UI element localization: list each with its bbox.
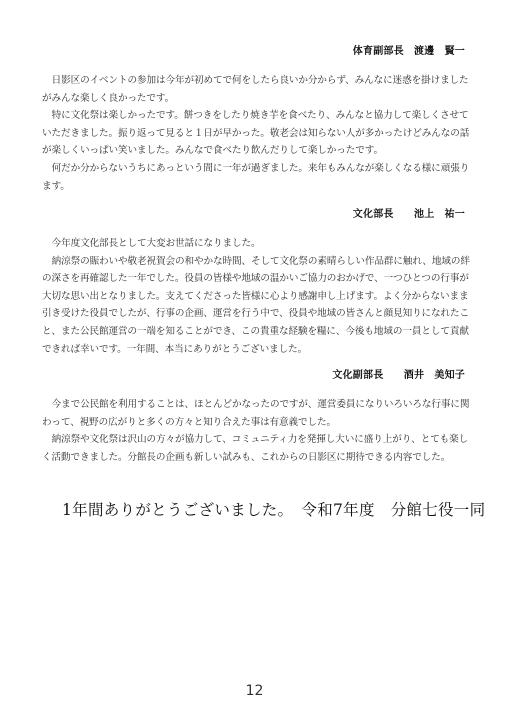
- paragraph: 特に文化祭は楽しかったです。餅つきをしたり焼き芋を食べたり、みんなと協力して楽し…: [42, 107, 472, 160]
- paragraph: 日影区のイベントの参加は今年が初めてで何をしたら良いか分からず、みんなに迷惑を掛…: [42, 72, 472, 107]
- section-sports-vice-head-body: 日影区のイベントの参加は今年が初めてで何をしたら良いか分からず、みんなに迷惑を掛…: [42, 72, 472, 195]
- page-number: 12: [0, 683, 509, 699]
- paragraph: 納涼祭の賑わいや敬老祝賀会の和やかな時間、そして文化祭の素晴らしい作品群に触れ、…: [42, 253, 472, 359]
- section-culture-vice-head-body: 今まで公民館を利用することは、ほとんどかなったのですが、運営委員になりいろいろな…: [42, 396, 472, 466]
- paragraph: 今年度文化部長として大変お世話になりました。: [42, 235, 472, 253]
- paragraph: 何だか分からないうちにあっという間に一年が過ぎました。来年もみんなが楽しくなる様…: [42, 160, 472, 195]
- author-line-sports-vice-head: 体育副部長 渡邊 賢一: [353, 42, 465, 57]
- author-line-culture-vice-head: 文化副部長 酒井 美知子: [332, 366, 465, 381]
- section-culture-head-body: 今年度文化部長として大変お世話になりました。 納涼祭の賑わいや敬老祝賀会の和やか…: [42, 235, 472, 358]
- paragraph: 今まで公民館を利用することは、ほとんどかなったのですが、運営委員になりいろいろな…: [42, 396, 472, 431]
- paragraph: 納涼祭や文化祭は沢山の方々が協力して、コミュニティ力を発揮し大いに盛り上がり、と…: [42, 431, 472, 466]
- closing-message: 1年間ありがとうございました。 令和7年度 分館七役一同: [62, 498, 462, 520]
- author-line-culture-head: 文化部長 池上 祐一: [353, 205, 465, 220]
- document-page: 体育副部長 渡邊 賢一 日影区のイベントの参加は今年が初めてで何をしたら良いか分…: [0, 0, 509, 720]
